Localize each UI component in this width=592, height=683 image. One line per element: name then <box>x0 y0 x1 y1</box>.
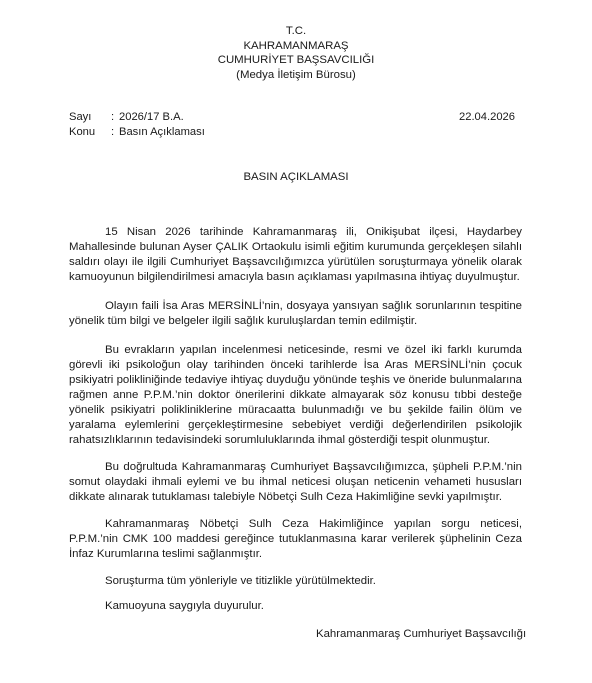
paragraph: Soruşturma tüm yönleriyle ve titizlikle … <box>69 574 522 589</box>
signature: Kahramanmaraş Cumhuriyet Başsavcılığı <box>316 628 526 640</box>
meta-number-value: 2026/17 B.A. <box>119 110 184 125</box>
meta-separator: : <box>111 125 119 140</box>
meta-subject-label: Konu <box>69 125 111 140</box>
meta-separator: : <box>111 110 119 125</box>
document-date: 22.04.2026 <box>459 110 515 125</box>
header-office: CUMHURİYET BAŞSAVCILIĞI <box>0 53 592 68</box>
document-meta: Sayı : 2026/17 B.A. Konu : Basın Açıklam… <box>69 110 205 140</box>
meta-number-row: Sayı : 2026/17 B.A. <box>69 110 205 125</box>
document-title: BASIN AÇIKLAMASI <box>0 171 592 183</box>
document-header: T.C. KAHRAMANMARAŞ CUMHURİYET BAŞSAVCILI… <box>0 24 592 82</box>
paragraph: Olayın faili İsa Aras MERSİNLİ’nin, dosy… <box>69 299 522 329</box>
paragraph: Kahramanmaraş Nöbetçi Sulh Ceza Hakimliğ… <box>69 517 522 562</box>
header-tc: T.C. <box>0 24 592 39</box>
meta-subject-value: Basın Açıklaması <box>119 125 205 140</box>
paragraph: Bu evrakların yapılan incelenmesi netice… <box>69 343 522 448</box>
meta-subject-row: Konu : Basın Açıklaması <box>69 125 205 140</box>
paragraph: 15 Nisan 2026 tarihinde Kahramanmaraş il… <box>69 225 522 285</box>
meta-number-label: Sayı <box>69 110 111 125</box>
paragraph-closing: Kamuoyuna saygıyla duyurulur. <box>69 599 522 614</box>
header-unit: (Medya İletişim Bürosu) <box>0 68 592 83</box>
header-city: KAHRAMANMARAŞ <box>0 39 592 54</box>
paragraph: Bu doğrultuda Kahramanmaraş Cumhuriyet B… <box>69 460 522 505</box>
press-release-document: T.C. KAHRAMANMARAŞ CUMHURİYET BAŞSAVCILI… <box>0 0 592 683</box>
document-body: 15 Nisan 2026 tarihinde Kahramanmaraş il… <box>69 225 522 624</box>
